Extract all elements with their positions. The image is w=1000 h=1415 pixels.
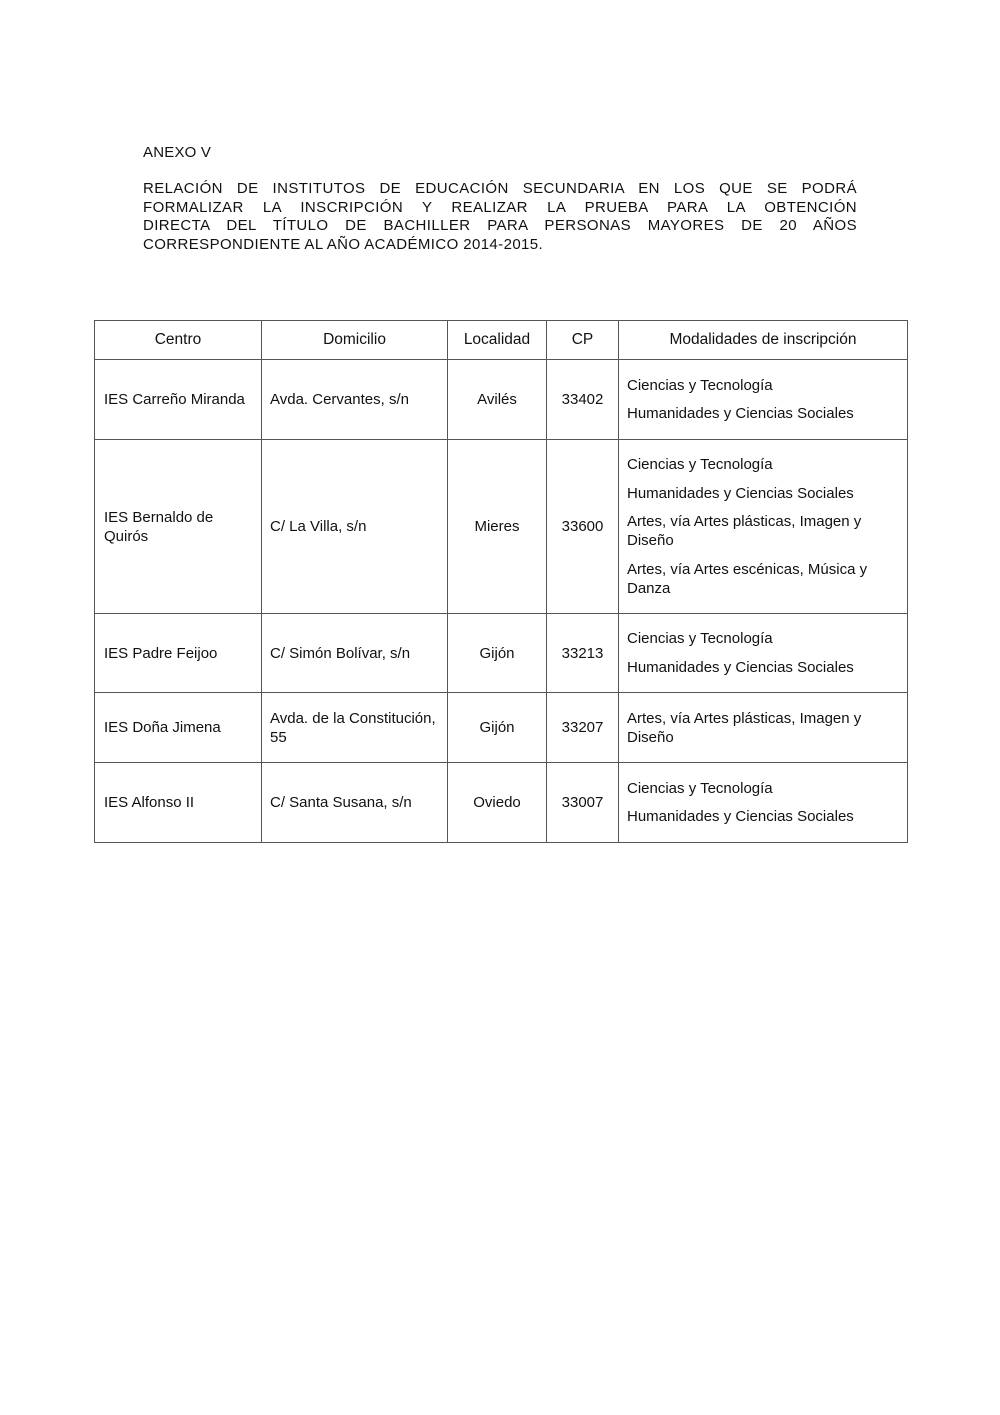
cell-cp: 33402: [547, 360, 619, 440]
modalidad-item: Artes, vía Artes plásticas, Imagen y Dis…: [627, 512, 899, 550]
cell-domicilio: Avda. de la Constitución, 55: [262, 693, 448, 763]
cell-modalidades: Ciencias y TecnologíaHumanidades y Cienc…: [619, 763, 908, 843]
cell-modalidades: Ciencias y TecnologíaHumanidades y Cienc…: [619, 614, 908, 693]
cell-localidad: Oviedo: [448, 763, 547, 843]
table-row: IES Carreño MirandaAvda. Cervantes, s/nA…: [95, 360, 908, 440]
cell-localidad: Gijón: [448, 614, 547, 693]
cell-modalidades: Artes, vía Artes plásticas, Imagen y Dis…: [619, 693, 908, 763]
modalidad-item: Artes, vía Artes escénicas, Música y Dan…: [627, 560, 899, 598]
header-modalidades: Modalidades de inscripción: [619, 321, 908, 360]
modalidad-item: Ciencias y Tecnología: [627, 376, 899, 395]
institutes-table: Centro Domicilio Localidad CP Modalidade…: [94, 320, 908, 843]
cell-cp: 33600: [547, 440, 619, 614]
header-localidad: Localidad: [448, 321, 547, 360]
title-line: RELACIÓN DE INSTITUTOS DE EDUCACIÓN SECU…: [143, 180, 857, 199]
cell-domicilio: C/ Santa Susana, s/n: [262, 763, 448, 843]
modalidad-item: Humanidades y Ciencias Sociales: [627, 404, 899, 423]
cell-localidad: Gijón: [448, 693, 547, 763]
cell-cp: 33213: [547, 614, 619, 693]
header-centro: Centro: [95, 321, 262, 360]
modalidad-item: Ciencias y Tecnología: [627, 779, 899, 798]
cell-domicilio: C/ La Villa, s/n: [262, 440, 448, 614]
modalidad-item: Artes, vía Artes plásticas, Imagen y Dis…: [627, 709, 899, 747]
cell-modalidades: Ciencias y TecnologíaHumanidades y Cienc…: [619, 360, 908, 440]
table-header-row: Centro Domicilio Localidad CP Modalidade…: [95, 321, 908, 360]
cell-cp: 33007: [547, 763, 619, 843]
title-line: DIRECTA DEL TÍTULO DE BACHILLER PARA PER…: [143, 217, 857, 236]
cell-localidad: Avilés: [448, 360, 547, 440]
cell-centro: IES Alfonso II: [95, 763, 262, 843]
cell-centro: IES Padre Feijoo: [95, 614, 262, 693]
annex-label: ANEXO V: [143, 144, 211, 161]
header-domicilio: Domicilio: [262, 321, 448, 360]
title-line: CORRESPONDIENTE AL AÑO ACADÉMICO 2014-20…: [143, 236, 857, 255]
modalidad-item: Ciencias y Tecnología: [627, 629, 899, 648]
table-row: IES Padre FeijooC/ Simón Bolívar, s/nGij…: [95, 614, 908, 693]
annex-title: RELACIÓN DE INSTITUTOS DE EDUCACIÓN SECU…: [143, 180, 857, 254]
document-page: ANEXO V RELACIÓN DE INSTITUTOS DE EDUCAC…: [0, 0, 1000, 1415]
cell-modalidades: Ciencias y TecnologíaHumanidades y Cienc…: [619, 440, 908, 614]
cell-domicilio: C/ Simón Bolívar, s/n: [262, 614, 448, 693]
modalidad-item: Humanidades y Ciencias Sociales: [627, 658, 899, 677]
header-cp: CP: [547, 321, 619, 360]
title-line: FORMALIZAR LA INSCRIPCIÓN Y REALIZAR LA …: [143, 199, 857, 218]
table-row: IES Doña JimenaAvda. de la Constitución,…: [95, 693, 908, 763]
modalidad-item: Ciencias y Tecnología: [627, 455, 899, 474]
table-row: IES Bernaldo de QuirósC/ La Villa, s/nMi…: [95, 440, 908, 614]
cell-cp: 33207: [547, 693, 619, 763]
modalidad-item: Humanidades y Ciencias Sociales: [627, 807, 899, 826]
table-row: IES Alfonso IIC/ Santa Susana, s/nOviedo…: [95, 763, 908, 843]
cell-centro: IES Doña Jimena: [95, 693, 262, 763]
cell-localidad: Mieres: [448, 440, 547, 614]
cell-domicilio: Avda. Cervantes, s/n: [262, 360, 448, 440]
cell-centro: IES Carreño Miranda: [95, 360, 262, 440]
modalidad-item: Humanidades y Ciencias Sociales: [627, 484, 899, 503]
cell-centro: IES Bernaldo de Quirós: [95, 440, 262, 614]
